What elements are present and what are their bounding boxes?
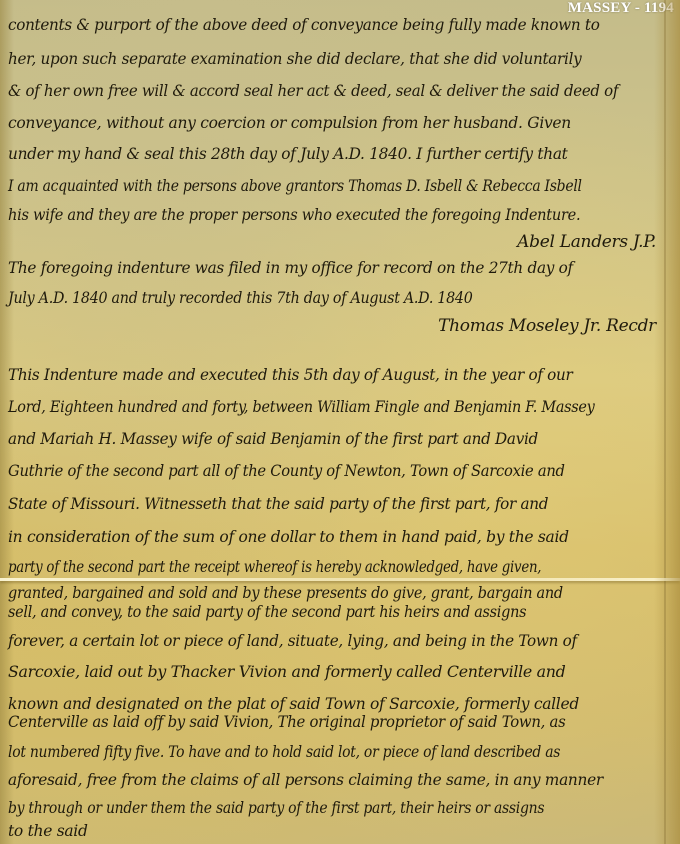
justice-signature: Abel Landers J.P. [517,232,656,252]
indenture-line: and Mariah H. Massey wife of said Benjam… [8,430,538,448]
indenture-line: Centerville as laid off by said Vivion, … [8,713,565,731]
indenture-line: lot numbered fifty five. To have and to … [8,743,560,761]
paper-fold-line [0,578,680,581]
page-header-label: MASSEY - 1194 [568,0,674,17]
certificate-line: his wife and they are the proper persons… [8,206,580,224]
indenture-line: known and designated on the plat of said… [8,695,579,713]
indenture-line: in consideration of the sum of one dolla… [8,528,569,546]
certificate-line: contents & purport of the above deed of … [8,16,600,34]
indenture-line: to the said [8,822,88,840]
indenture-line: party of the second part the receipt whe… [8,558,541,576]
indenture-line: forever, a certain lot or piece of land,… [8,632,577,650]
recorder-signature: Thomas Moseley Jr. Recdr [438,316,656,336]
indenture-line: State of Missouri. Witnesseth that the s… [8,495,548,513]
certificate-line: I am acquainted with the persons above g… [8,177,582,195]
certificate-line: her, upon such separate examination she … [8,50,581,68]
certificate-line: under my hand & seal this 28th day of Ju… [8,145,568,163]
indenture-line: Lord, Eighteen hundred and forty, betwee… [8,398,595,416]
recording-line: July A.D. 1840 and truly recorded this 7… [8,289,473,307]
indenture-line: granted, bargained and sold and by these… [8,584,563,602]
certificate-line: & of her own free will & accord seal her… [8,82,618,100]
scanned-deed-page: MASSEY - 1194 contents & purport of the … [0,0,680,844]
indenture-line: sell, and convey, to the said party of t… [8,603,526,621]
indenture-line: aforesaid, free from the claims of all p… [8,771,603,789]
page-margin-rule [664,0,666,844]
indenture-line: This Indenture made and executed this 5t… [8,366,572,384]
recording-line: The foregoing indenture was filed in my … [8,259,573,277]
indenture-line: Guthrie of the second part all of the Co… [8,462,565,480]
indenture-line: Sarcoxie, laid out by Thacker Vivion and… [8,663,565,681]
indenture-line: by through or under them the said party … [8,799,544,817]
certificate-line: conveyance, without any coercion or comp… [8,114,571,132]
